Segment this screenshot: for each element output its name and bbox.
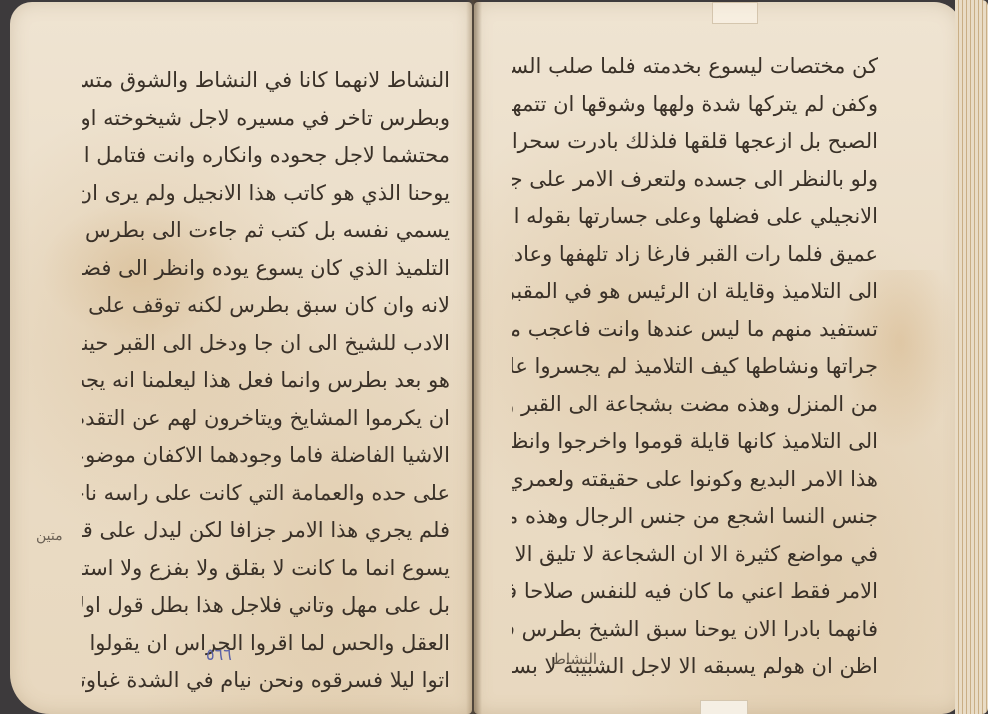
text-line: وكفن لم يتركها شدة ولهها وشوقها ان تتمهل… bbox=[512, 86, 878, 124]
text-line: ان يكرموا المشايخ ويتاخرون لهم عن التقدم… bbox=[82, 400, 450, 438]
text-line: فانهما بادرا الان يوحنا سبق الشيخ بطرس ف… bbox=[512, 611, 878, 649]
catchword: النشاط bbox=[552, 650, 597, 668]
text-line: هذا الامر البديع وكونوا على حقيقته ولعمر… bbox=[512, 461, 878, 499]
text-line: الى التلاميذ كانها قايلة قوموا واخرجوا و… bbox=[512, 423, 878, 461]
text-line: يوحنا الذي هو كاتب هذا الانجيل ولم يرى ا… bbox=[82, 175, 450, 213]
text-line: اتوا ليلا فسرقوه ونحن نيام في الشدة غباو… bbox=[82, 662, 450, 700]
text-line: لانه وان كان سبق بطرس لكنه توقف على ما ي… bbox=[82, 287, 450, 325]
text-line: تستفيد منهم ما ليس عندها وانت فاعجب من ذ… bbox=[512, 311, 878, 349]
text-line: وبطرس تاخر في مسيره لاجل شيخوخته اولعله … bbox=[82, 100, 450, 138]
text-line: الصبح بل ازعجها قلقها فلذلك بادرت سحرا ل… bbox=[512, 123, 878, 161]
paper-tab bbox=[712, 2, 758, 24]
text-line: الى التلاميذ وقايلة ان الرئيس هو في المق… bbox=[512, 273, 878, 311]
text-line: كن مختصات ليسوع بخدمته فلما صلب السيد ال… bbox=[512, 48, 878, 86]
paper-tab bbox=[700, 700, 748, 714]
text-line: جنس النسا اشجع من جنس الرجال وهذه موجودا bbox=[512, 498, 878, 536]
book-gutter bbox=[466, 0, 482, 714]
text-line: فلم يجري هذا الامر جزافا لكن ليدل على قي… bbox=[82, 512, 450, 550]
text-line: ولو بالنظر الى جسده ولتعرف الامر على جلي… bbox=[512, 161, 878, 199]
text-line: الادب للشيخ الى ان جا ودخل الى القبر حين… bbox=[82, 325, 450, 363]
text-line: عميق فلما رات القبر فارغا زاد تلهفها وعا… bbox=[512, 236, 878, 274]
text-line: بل على مهل وتاني فلاجل هذا بطل قول اولاي… bbox=[82, 587, 450, 625]
margin-note: متين bbox=[36, 528, 63, 544]
right-page-text: كن مختصات ليسوع بخدمته فلما صلب السيد ال… bbox=[512, 48, 878, 686]
text-line: يسوع انما ما كانت لا بقلق ولا بفزع ولا ا… bbox=[82, 550, 450, 588]
folio-number: ٥٦٦ bbox=[206, 645, 232, 664]
text-line: من المنزل وهذه مضت بشجاعة الى القبر وعاد… bbox=[512, 386, 878, 424]
page-edges bbox=[955, 0, 988, 714]
text-line: محتشما لاجل جحوده وانكاره وانت فتامل الى… bbox=[82, 137, 450, 175]
text-line: هو بعد بطرس وانما فعل هذا ليعلمنا انه يج… bbox=[82, 362, 450, 400]
text-line: في مواضع كثيرة الا ان الشجاعة لا تليق ال… bbox=[512, 536, 878, 574]
text-line: الامر فقط اعني ما كان فيه للنفس صلاحا فا… bbox=[512, 573, 878, 611]
open-manuscript: النشاط لانهما كانا في النشاط والشوق متسا… bbox=[0, 0, 988, 714]
text-line: الاشيا الفاضلة فاما وجودهما الاكفان موضو… bbox=[82, 437, 450, 475]
text-line: على حده والعمامة التي كانت على راسه ناحي… bbox=[82, 475, 450, 513]
text-line: يسمي نفسه بل كتب ثم جاءت الى بطرس والى bbox=[82, 212, 450, 250]
text-line: النشاط لانهما كانا في النشاط والشوق متسا… bbox=[82, 62, 450, 100]
text-line: الانجيلي على فضلها وعلى جسارتها بقوله ان… bbox=[512, 198, 878, 236]
text-line: جراتها ونشاطها كيف التلاميذ لم يجسروا عل… bbox=[512, 348, 878, 386]
text-line: العقل والحس لما اقروا الحراس ان يقولوا ا… bbox=[82, 625, 450, 663]
text-line: التلميذ الذي كان يسوع يوده وانظر الى فضي… bbox=[82, 250, 450, 288]
left-page-text: النشاط لانهما كانا في النشاط والشوق متسا… bbox=[82, 62, 450, 700]
